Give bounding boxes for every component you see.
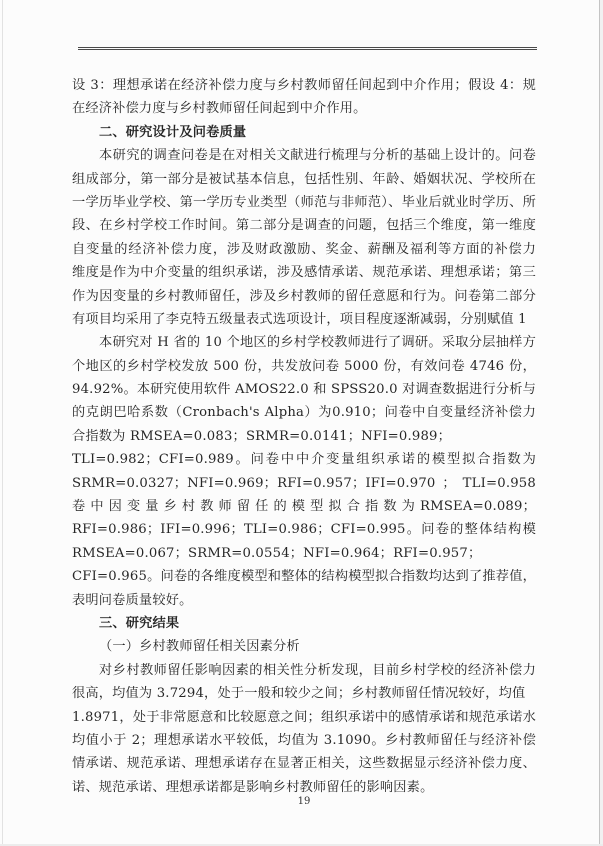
text-line: 1.8971，处于非常愿意和比较愿意之间；组织承诺中的感情承诺和规范承诺水平较高… (72, 706, 536, 729)
text-line: 情承诺、规范承诺、理想承诺存在显著正相关，这些数据显示经济补偿力度、感情承 (72, 752, 536, 775)
text-line: 表明问卷质量较好。 (72, 589, 536, 612)
text-line: RMSEA=0.067；SRMR=0.0554；NFI=0.964；RFI=0.… (72, 542, 536, 565)
text-line: CFI=0.965。问卷的各维度模型和整体的结构模型拟合指数均达到了推荐值，以上… (72, 565, 536, 588)
subheading-retention-factor-analysis: （一）乡村教师留任相关因素分析 (72, 635, 536, 658)
text-line: 一学历毕业学校、第一学历专业类型（师范与非师范）、毕业后就业时学历、所教学 (72, 191, 536, 214)
text-line: 设 3：理想承诺在经济补偿力度与乡村教师留任间起到中介作用；假设 4：规范承诺 (72, 74, 536, 97)
text-line: 在经济补偿力度与乡村教师留任间起到中介作用。 (72, 97, 536, 120)
text-line: TLI=0.982；CFI=0.989。问卷中中介变量组织承诺的模型拟合指数为 … (72, 448, 536, 471)
text-line: SRMR=0.0327；NFI=0.969；RFI=0.957；IFI=0.97… (72, 472, 536, 495)
text-line: 均值小于 2；理想承诺水平较低，均值为 3.1090。乡村教师留任与经济补偿力度… (72, 729, 536, 752)
heading-research-design: 二、研究设计及问卷质量 (72, 121, 536, 144)
text-line: 本研究的调查问卷是在对相关文献进行梳理与分析的基础上设计的。问卷有两个 (72, 144, 536, 167)
scan-edge-right (599, 0, 600, 846)
document-page: 设 3：理想承诺在经济补偿力度与乡村教师留任间起到中介作用；假设 4：规范承诺 … (0, 0, 603, 846)
text-line: 个地区的乡村学校发放 500 份，共发放问卷 5000 份，有效问卷 4746 … (72, 355, 536, 378)
text-line: 本研究对 H 省的 10 个地区的乡村学校教师进行了调研。采取分层抽样方法，每 (72, 331, 536, 354)
heading-research-results: 三、研究结果 (72, 612, 536, 635)
text-line: 对乡村教师留任影响因素的相关性分析发现，目前乡村学校的经济补偿力度不是 (72, 659, 536, 682)
text-line: 作为因变量的乡村教师留任，涉及乡村教师的留任意愿和行为。问卷第二部分中的所 (72, 285, 536, 308)
text-line: 的克朗巴哈系数（Cronbach's Alpha）为0.910；问卷中自变量经济… (72, 401, 536, 424)
text-line: 合指数为 RMSEA=0.083；SRMR=0.0141；NFI=0.989；R… (72, 425, 536, 448)
scan-edge-left (2, 0, 3, 846)
header-double-rule (78, 47, 537, 50)
text-line: RFI=0.986；IFI=0.996；TLI=0.986；CFI=0.995。… (72, 518, 536, 541)
text-line: 卷中因变量乡村教师留任的模型拟合指数为RMSEA=0.089；SRMR=0.00… (72, 495, 536, 518)
text-line: 94.92%。本研究使用软件 AMOS22.0 和 SPSS20.0 对调查数据… (72, 378, 536, 401)
text-line: 维度是作为中介变量的组织承诺，涉及感情承诺、规范承诺、理想承诺；第三维度是 (72, 261, 536, 284)
text-line: 组成部分，第一部分是被试基本信息，包括性别、年龄、婚姻状况、学校所在地、第 (72, 168, 536, 191)
page-body-text: 设 3：理想承诺在经济补偿力度与乡村教师留任间起到中介作用；假设 4：规范承诺 … (72, 74, 536, 799)
text-line: 段、在乡村学校工作时间。第二部分是调查的问题，包括三个维度，第一维度是作为 (72, 214, 536, 237)
text-line: 很高，均值为 3.7294，处于一般和较少之间；乡村教师留任情况较好，均值为 (72, 682, 536, 705)
page-number: 19 (72, 795, 536, 809)
text-line: 自变量的经济补偿力度，涉及财政激励、奖金、薪酬及福利等方面的补偿力度；第二 (72, 238, 536, 261)
text-line: 有项目均采用了李克特五级量表式选项设计，项目程度逐渐减弱，分别赋值 1—5。 (72, 308, 536, 331)
